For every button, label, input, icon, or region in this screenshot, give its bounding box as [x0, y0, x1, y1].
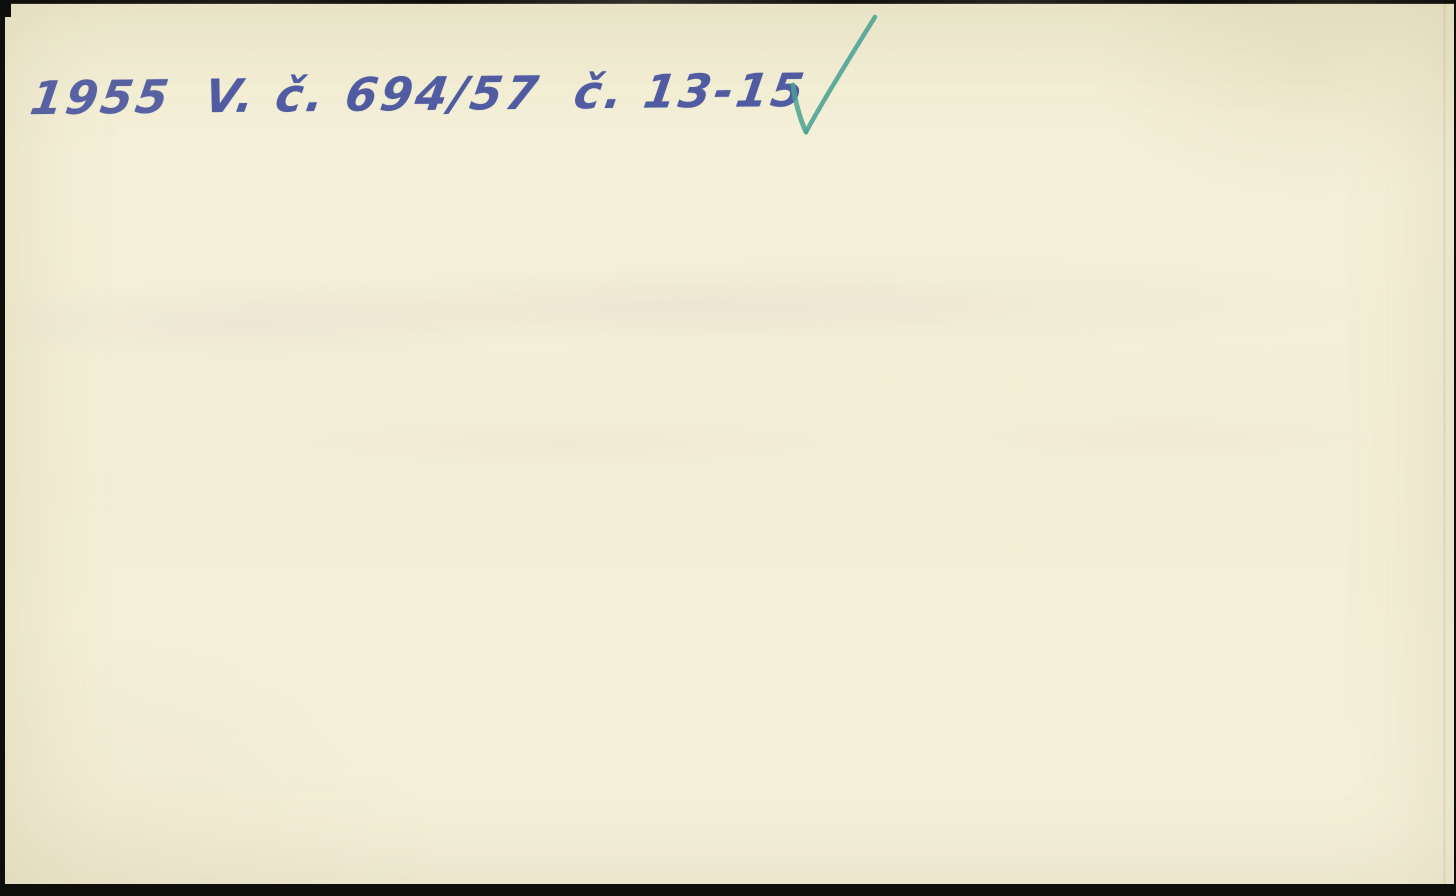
scan-edge-left	[0, 0, 5, 896]
card-fold-line	[1443, 3, 1446, 884]
handwritten-year: 1955	[27, 70, 175, 126]
handwritten-range: č. 13-15	[571, 63, 811, 120]
scan-edge-bottom	[0, 884, 1456, 896]
checkmark-icon	[781, 13, 883, 145]
index-card: 1955 V. č. 694/57 č. 13-15	[5, 3, 1454, 884]
handwritten-reference: V. č. 694/57	[201, 66, 544, 124]
handwritten-header: 1955 V. č. 694/57 č. 13-15	[27, 63, 810, 125]
scan-edge-top	[0, 0, 1456, 4]
